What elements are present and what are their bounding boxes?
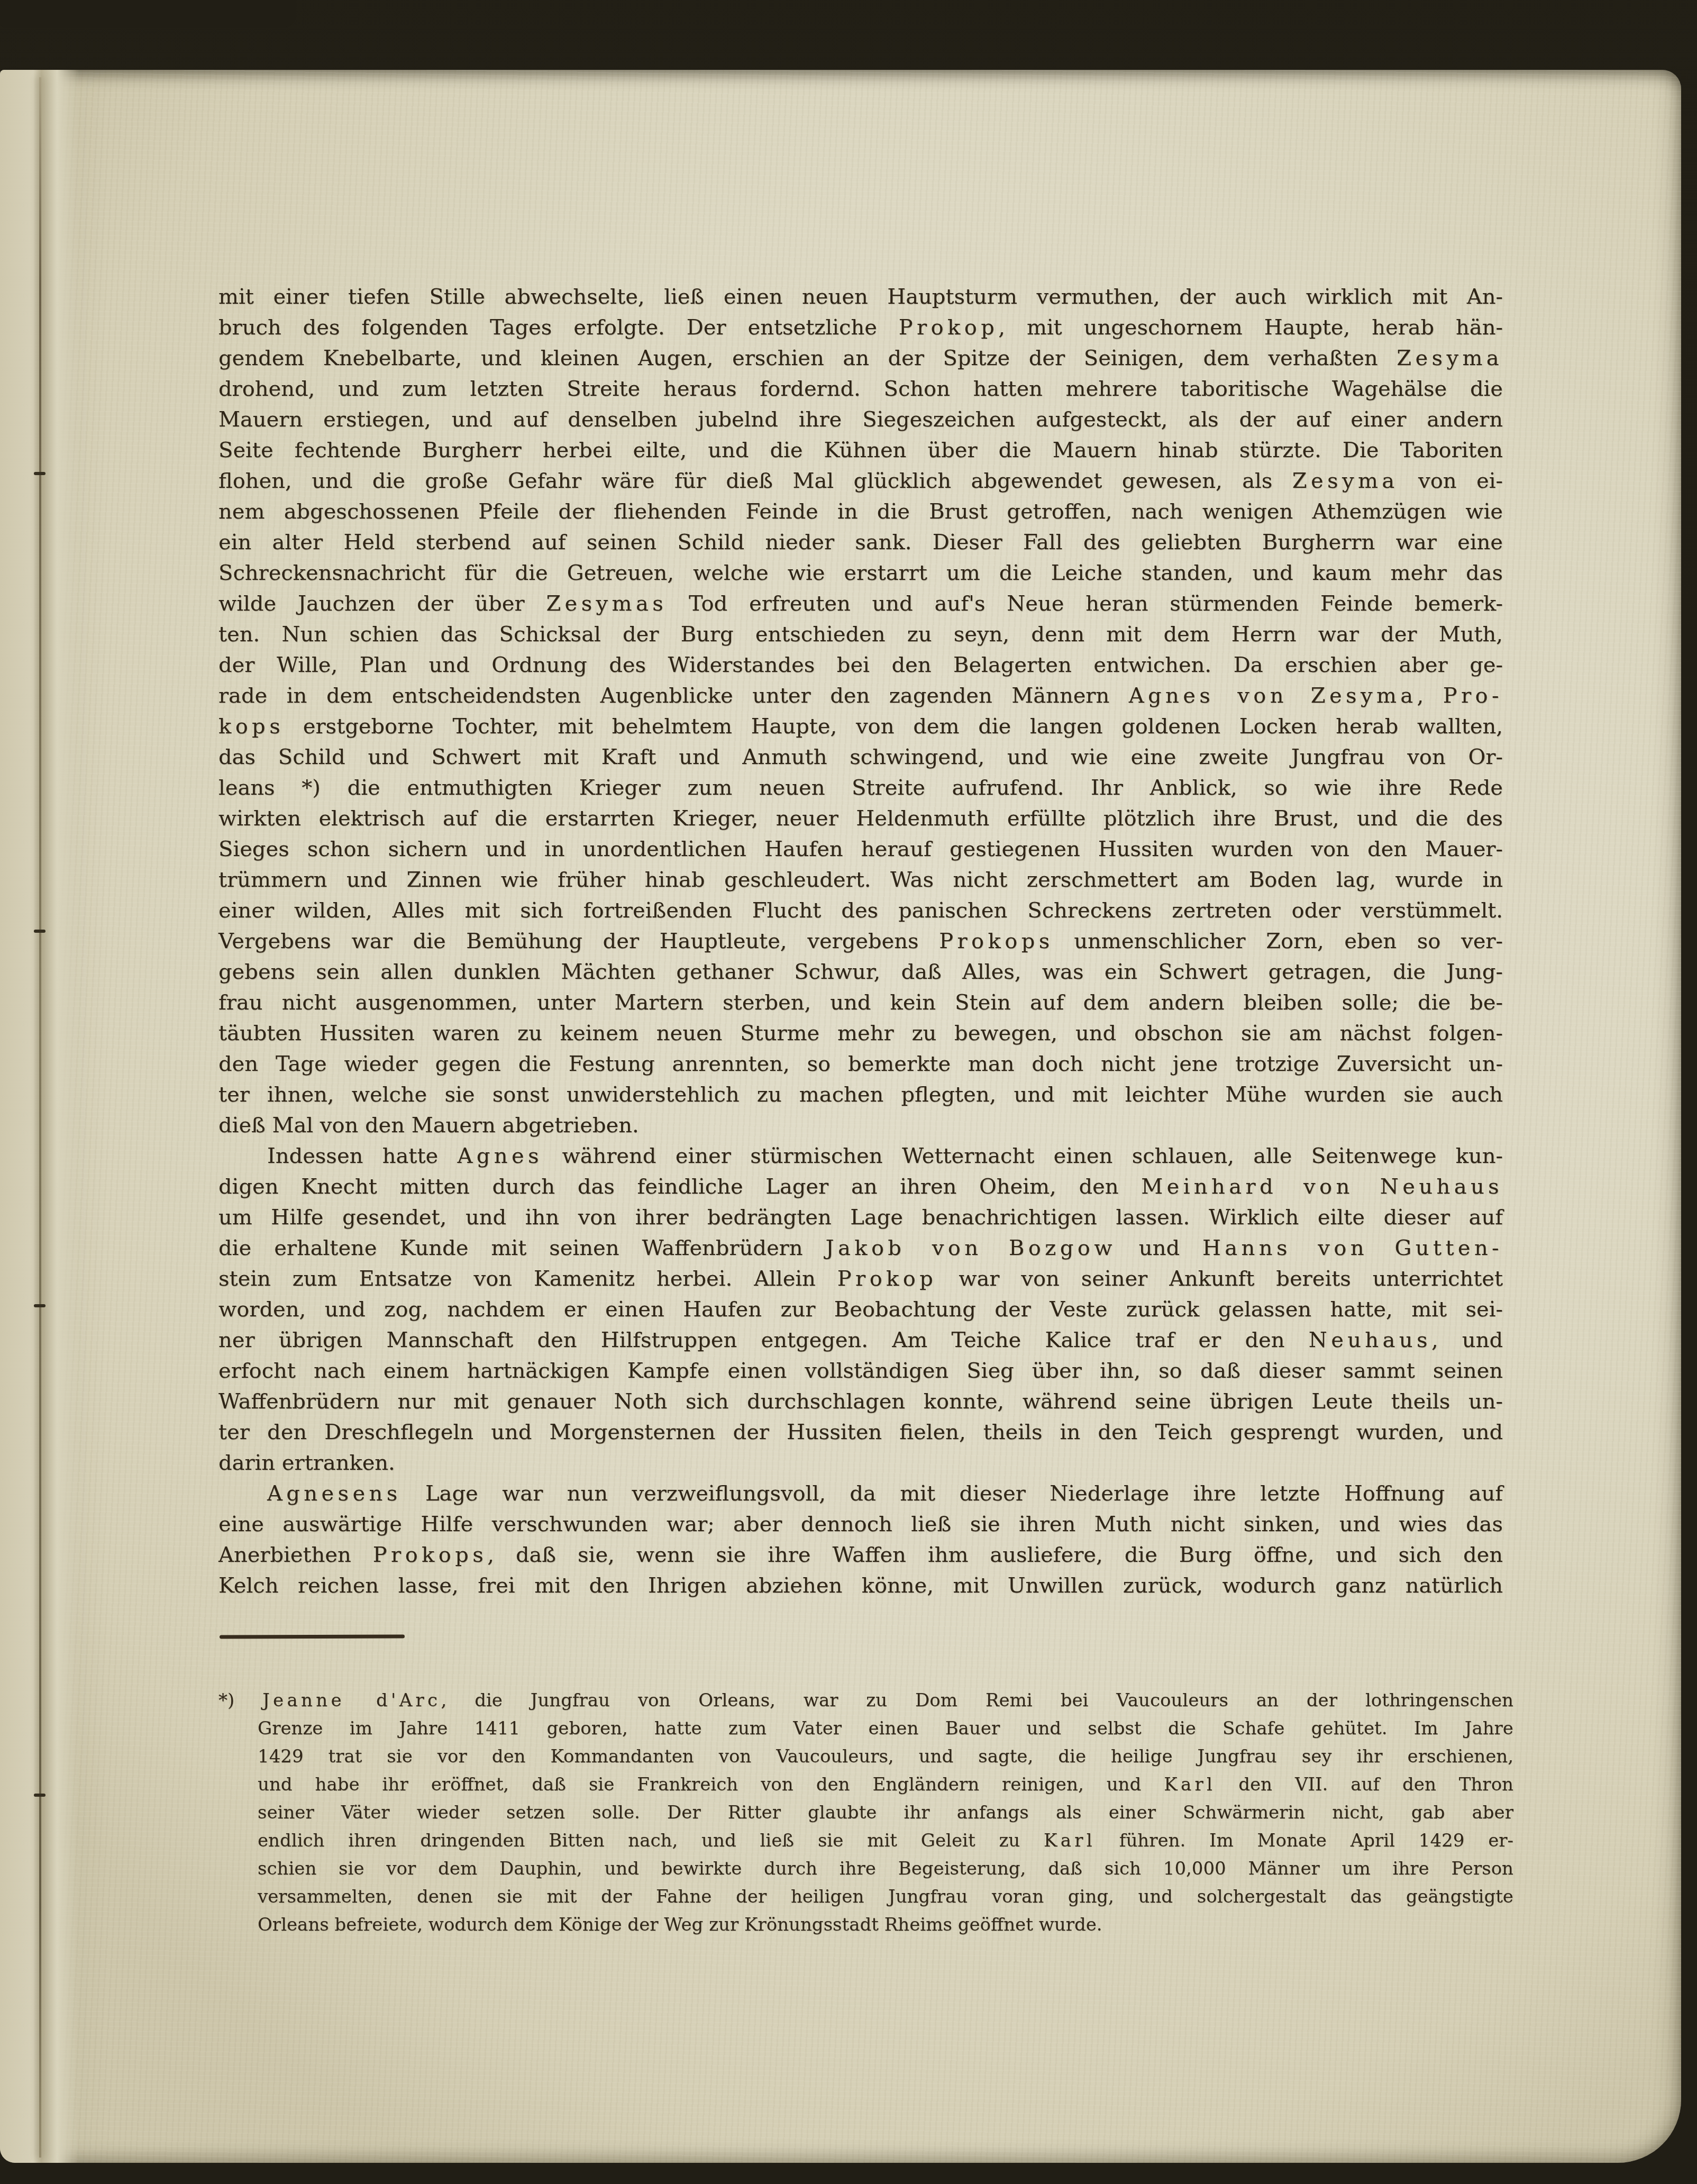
text-line: kops erstgeborne Tochter, mit behelmtem … xyxy=(218,711,1503,742)
text-segment: war von seiner Ankunft bereits unterrich… xyxy=(937,1267,1503,1291)
text-segment: erstgeborne Tochter, mit behelmtem Haupt… xyxy=(284,714,1503,739)
text-segment: ner übrigen Mannschaft den Hilfstruppen … xyxy=(218,1328,1309,1352)
letterspaced-name: Jeanne d'Arc xyxy=(262,1690,441,1711)
paragraph: Indessen hatte Agnes während einer stürm… xyxy=(218,1141,1503,1478)
text-segment: Orleans befreiete, wodurch dem Könige de… xyxy=(258,1914,1102,1935)
text-segment: Tod erfreuten und auf's Neue heran stürm… xyxy=(667,592,1503,616)
text-segment: mit einer tiefen Stille abwechselte, lie… xyxy=(218,285,1503,309)
letterspaced-name: kops xyxy=(218,714,284,739)
text-line: trümmern und Zinnen wie früher hinab ges… xyxy=(218,865,1503,895)
text-line: digen Knecht mitten durch das feindliche… xyxy=(218,1171,1503,1202)
text-line: versammelten, denen sie mit der Fahne de… xyxy=(218,1883,1513,1911)
text-segment: bruch des folgenden Tages erfolgte. Der … xyxy=(218,315,899,340)
text-line: ten. Nun schien das Schicksal der Burg e… xyxy=(218,619,1503,650)
letterspaced-name: Neuhaus xyxy=(1309,1328,1431,1352)
letterspaced-name: Hanns von Gutten- xyxy=(1202,1236,1503,1260)
text-line: ter den Dreschflegeln und Morgensternen … xyxy=(218,1417,1503,1448)
text-line: um Hilfe gesendet, und ihn von ihrer bed… xyxy=(218,1202,1503,1233)
text-segment: darin ertranken. xyxy=(218,1451,395,1475)
text-line: darin ertranken. xyxy=(218,1448,1503,1478)
letterspaced-name: Jakob von Bozgow xyxy=(826,1236,1116,1260)
text-line: wirkten elektrisch auf die erstarrten Kr… xyxy=(218,803,1503,834)
text-segment: um Hilfe gesendet, und ihn von ihrer bed… xyxy=(218,1205,1503,1230)
text-line: einer wilden, Alles mit sich fortreißend… xyxy=(218,895,1503,926)
paragraph: mit einer tiefen Stille abwechselte, lie… xyxy=(218,281,1503,1141)
text-line: Agnesens Lage war nun verzweiflungsvoll,… xyxy=(218,1478,1503,1509)
text-segment: 1429 trat sie vor den Kommandanten von V… xyxy=(258,1746,1513,1767)
text-line: nem abgeschossenen Pfeile der fliehenden… xyxy=(218,496,1503,527)
text-segment: von ei- xyxy=(1399,469,1503,493)
text-segment: täubten Hussiten waren zu keinem neuen S… xyxy=(218,1021,1503,1045)
text-line: die erhaltene Kunde mit seinen Waffenbrü… xyxy=(218,1233,1503,1263)
text-segment: ein alter Held sterbend auf seinen Schil… xyxy=(218,530,1503,554)
paragraph: Agnesens Lage war nun verzweiflungsvoll,… xyxy=(218,1478,1503,1601)
text-segment: digen Knecht mitten durch das feindliche… xyxy=(218,1175,1141,1199)
text-line: Anerbiethen Prokops, daß sie, wenn sie i… xyxy=(218,1540,1503,1570)
text-segment: Seite fechtende Burgherr herbei eilte, u… xyxy=(218,438,1503,462)
text-segment: endlich ihren dringenden Bitten nach, un… xyxy=(258,1830,1044,1851)
text-line: ein alter Held sterbend auf seinen Schil… xyxy=(218,527,1503,558)
text-segment: der Wille, Plan und Ordnung des Widersta… xyxy=(218,653,1503,677)
letterspaced-name: Karl xyxy=(1044,1830,1096,1851)
text-segment: Sieges schon sichern und in unordentlich… xyxy=(218,837,1503,861)
text-segment: Waffenbrüdern nur mit genauer Noth sich … xyxy=(218,1389,1503,1414)
text-segment: rade in dem entscheidendsten Augenblicke… xyxy=(218,684,1129,708)
text-line: *) Jeanne d'Arc, die Jungfrau von Orlean… xyxy=(218,1687,1513,1715)
text-line: worden, und zog, nachdem er einen Haufen… xyxy=(218,1294,1503,1325)
text-line: täubten Hussiten waren zu keinem neuen S… xyxy=(218,1018,1503,1049)
text-segment: wirkten elektrisch auf die erstarrten Kr… xyxy=(218,806,1503,831)
text-segment: unmenschlicher Zorn, eben so ver- xyxy=(1054,929,1503,953)
letterspaced-name: Agnesens xyxy=(267,1481,402,1506)
text-segment: das Schild und Schwert mit Kraft und Anm… xyxy=(218,745,1503,769)
text-line: eine auswärtige Hilfe verschwunden war; … xyxy=(218,1509,1503,1540)
text-segment: , daß sie, wenn sie ihre Waffen ihm ausl… xyxy=(487,1543,1503,1567)
text-segment: Lage war nun verzweiflungsvoll, da mit d… xyxy=(402,1481,1503,1506)
text-segment: einer wilden, Alles mit sich fortreißend… xyxy=(218,898,1503,923)
text-line: rade in dem entscheidendsten Augenblicke… xyxy=(218,680,1503,711)
stitch-mark xyxy=(34,930,45,933)
text-segment: nem abgeschossenen Pfeile der fliehenden… xyxy=(218,499,1503,524)
text-line: der Wille, Plan und Ordnung des Widersta… xyxy=(218,650,1503,680)
text-segment: Vergebens war die Bemühung der Hauptleut… xyxy=(218,929,939,953)
text-segment: , und xyxy=(1431,1328,1503,1352)
text-segment: Schreckensnachricht für die Getreuen, we… xyxy=(218,561,1503,585)
text-line: und habe ihr eröffnet, daß sie Frankreic… xyxy=(218,1771,1513,1799)
text-segment: schien sie vor dem Dauphin, und bewirkte… xyxy=(258,1858,1513,1879)
text-line: den Tage wieder gegen die Festung anrenn… xyxy=(218,1049,1503,1079)
book-page: mit einer tiefen Stille abwechselte, lie… xyxy=(0,70,1681,2163)
text-line: Schreckensnachricht für die Getreuen, we… xyxy=(218,558,1503,588)
text-line: Sieges schon sichern und in unordentlich… xyxy=(218,834,1503,865)
text-segment: gebens sein allen dunklen Mächten gethan… xyxy=(218,960,1503,984)
text-line: drohend, und zum letzten Streite heraus … xyxy=(218,374,1503,404)
letterspaced-name: Meinhard von Neuhaus xyxy=(1141,1175,1503,1199)
text-segment: trümmern und Zinnen wie früher hinab ges… xyxy=(218,868,1503,892)
text-segment: gendem Knebelbarte, und kleinen Augen, e… xyxy=(218,346,1397,370)
text-line: erfocht nach einem hartnäckigen Kampfe e… xyxy=(218,1355,1503,1386)
text-segment: Mauern erstiegen, und auf denselben jube… xyxy=(218,407,1503,432)
text-segment: leans *) die entmuthigten Krieger zum ne… xyxy=(218,776,1503,800)
letterspaced-name: Agnes von Zesyma xyxy=(1129,684,1417,708)
letterspaced-name: Prokop xyxy=(837,1267,937,1291)
text-line: Mauern erstiegen, und auf denselben jube… xyxy=(218,404,1503,435)
letterspaced-name: Prokops xyxy=(939,929,1053,953)
text-segment: und habe ihr eröffnet, daß sie Frankreic… xyxy=(258,1774,1164,1795)
text-line: ter ihnen, welche sie sonst unwiderstehl… xyxy=(218,1079,1503,1110)
text-line: Kelch reichen lasse, frei mit den Ihrige… xyxy=(218,1570,1503,1601)
scan-background: { "colors": { "scan_background": "#211e1… xyxy=(0,0,1697,2184)
stitch-mark xyxy=(34,1794,45,1797)
text-line: gebens sein allen dunklen Mächten gethan… xyxy=(218,957,1503,987)
letterspaced-name: Karl xyxy=(1164,1774,1216,1795)
text-segment: ten. Nun schien das Schicksal der Burg e… xyxy=(218,622,1503,647)
text-segment: eine auswärtige Hilfe verschwunden war; … xyxy=(218,1512,1503,1536)
text-segment: versammelten, denen sie mit der Fahne de… xyxy=(258,1886,1513,1907)
text-line: mit einer tiefen Stille abwechselte, lie… xyxy=(218,281,1503,312)
text-line: endlich ihren dringenden Bitten nach, un… xyxy=(218,1827,1513,1855)
text-segment: Indessen hatte xyxy=(267,1144,458,1168)
text-line: Vergebens war die Bemühung der Hauptleut… xyxy=(218,926,1503,957)
letterspaced-name: Prokops xyxy=(373,1543,487,1567)
text-segment: worden, und zog, nachdem er einen Haufen… xyxy=(218,1297,1503,1322)
text-line: gendem Knebelbarte, und kleinen Augen, e… xyxy=(218,343,1503,374)
letterspaced-name: Pro- xyxy=(1443,684,1503,708)
text-line: das Schild und Schwert mit Kraft und Anm… xyxy=(218,742,1503,772)
text-segment: ter den Dreschflegeln und Morgensternen … xyxy=(218,1420,1503,1444)
letterspaced-name: Prokop xyxy=(899,315,998,340)
text-segment: seiner Väter wieder setzen solle. Der Ri… xyxy=(258,1802,1513,1823)
text-segment: *) xyxy=(218,1690,262,1711)
text-segment: dieß Mal von den Mauern abgetrieben. xyxy=(218,1113,639,1137)
text-segment: flohen, und die große Gefahr wäre für di… xyxy=(218,469,1292,493)
footnote-separator xyxy=(220,1634,405,1639)
text-segment: Anerbiethen xyxy=(218,1543,373,1567)
footnote-block: *) Jeanne d'Arc, die Jungfrau von Orlean… xyxy=(218,1687,1513,1939)
text-line: frau nicht ausgenommen, unter Martern st… xyxy=(218,987,1503,1018)
text-segment: während einer stürmischen Wetternacht ei… xyxy=(543,1144,1503,1168)
text-line: seiner Väter wieder setzen solle. Der Ri… xyxy=(218,1799,1513,1827)
text-segment: stein zum Entsatze von Kamenitz herbei. … xyxy=(218,1267,837,1291)
text-line: Grenze im Jahre 1411 geboren, hatte zum … xyxy=(218,1715,1513,1743)
text-line: dieß Mal von den Mauern abgetrieben. xyxy=(218,1110,1503,1141)
letterspaced-name: Zesyma xyxy=(1397,346,1503,370)
text-segment: wilde Jauchzen der über xyxy=(218,592,546,616)
text-segment: , mit ungeschornem Haupte, herab hän- xyxy=(998,315,1503,340)
text-line: leans *) die entmuthigten Krieger zum ne… xyxy=(218,772,1503,803)
letterspaced-name: Zesymas xyxy=(546,592,667,616)
letterspaced-name: Zesyma xyxy=(1292,469,1399,493)
text-line: stein zum Entsatze von Kamenitz herbei. … xyxy=(218,1263,1503,1294)
text-segment: führen. Im Monate April 1429 er- xyxy=(1096,1830,1513,1851)
text-segment: erfocht nach einem hartnäckigen Kampfe e… xyxy=(218,1359,1503,1383)
text-line: 1429 trat sie vor den Kommandanten von V… xyxy=(218,1743,1513,1771)
text-segment: Grenze im Jahre 1411 geboren, hatte zum … xyxy=(258,1718,1513,1739)
text-line: wilde Jauchzen der über Zesymas Tod erfr… xyxy=(218,588,1503,619)
scan-edge-shadow xyxy=(0,0,296,28)
text-line: schien sie vor dem Dauphin, und bewirkte… xyxy=(218,1855,1513,1883)
text-segment: drohend, und zum letzten Streite heraus … xyxy=(218,377,1503,401)
text-segment: , xyxy=(1417,684,1443,708)
text-segment: die erhaltene Kunde mit seinen Waffenbrü… xyxy=(218,1236,826,1260)
text-line: Waffenbrüdern nur mit genauer Noth sich … xyxy=(218,1386,1503,1417)
text-line: Indessen hatte Agnes während einer stürm… xyxy=(218,1141,1503,1171)
page-gutter-fold xyxy=(39,77,41,2158)
text-segment: den Tage wieder gegen die Festung anrenn… xyxy=(218,1052,1503,1076)
text-segment: , die Jungfrau von Orleans, war zu Dom R… xyxy=(441,1690,1513,1711)
text-line: flohen, und die große Gefahr wäre für di… xyxy=(218,466,1503,496)
text-line: ner übrigen Mannschaft den Hilfstruppen … xyxy=(218,1325,1503,1355)
stitch-mark xyxy=(34,472,45,475)
text-segment: den VII. auf den Thron xyxy=(1216,1774,1513,1795)
text-line: Orleans befreiete, wodurch dem Könige de… xyxy=(218,1911,1513,1939)
text-segment: ter ihnen, welche sie sonst unwiderstehl… xyxy=(218,1082,1503,1107)
text-line: bruch des folgenden Tages erfolgte. Der … xyxy=(218,312,1503,343)
main-text: mit einer tiefen Stille abwechselte, lie… xyxy=(218,281,1503,1601)
text-segment: Kelch reichen lasse, frei mit den Ihrige… xyxy=(218,1573,1503,1598)
text-segment: und xyxy=(1116,1236,1202,1260)
text-line: Seite fechtende Burgherr herbei eilte, u… xyxy=(218,435,1503,466)
text-segment: frau nicht ausgenommen, unter Martern st… xyxy=(218,990,1503,1015)
letterspaced-name: Agnes xyxy=(458,1144,543,1168)
stitch-mark xyxy=(34,1304,45,1307)
